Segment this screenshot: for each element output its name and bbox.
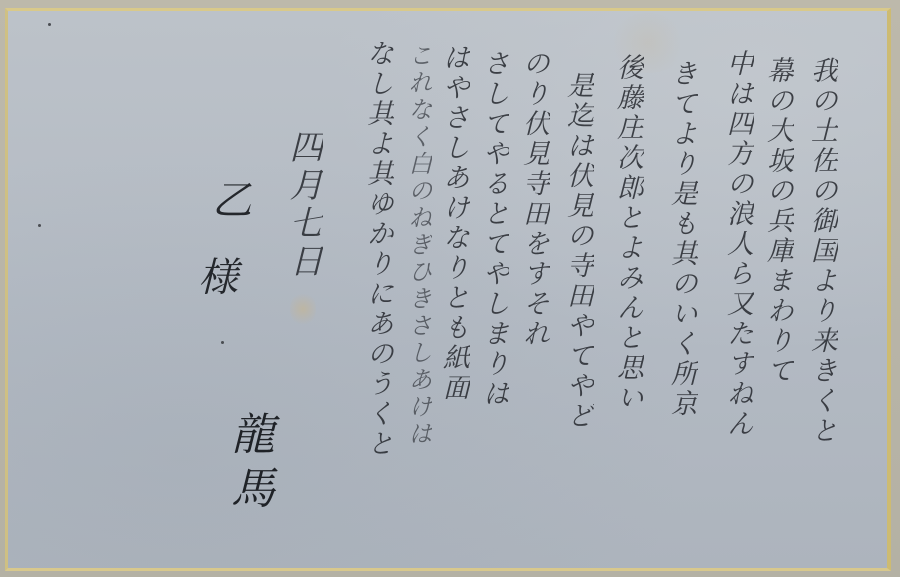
letter-column-5: 後藤庄次郎とよみんと思い xyxy=(614,53,641,413)
letter-column-1: 我の土佐の御国より来きくと xyxy=(808,56,835,446)
letter-column-6: 是迄は伏見の寺田やてやど xyxy=(564,71,591,431)
letter-column-11: なし其よ其ゆかりにあのうくと xyxy=(364,39,391,459)
addressee-name: 乙 xyxy=(212,169,252,226)
letter-column-9: はやさしあけなりとも紙面 xyxy=(440,43,467,403)
signature: 龍馬 xyxy=(216,411,280,519)
letter-column-8: さしてやるとてやしまりは xyxy=(480,49,507,409)
letter-column-4: きてより是も其のいく所京 xyxy=(668,59,695,419)
paper-stain xyxy=(290,291,316,327)
letter-paper: 我の土佐の御国より来きくと 幕の大坂の兵庫まわりて 中は四方の浪人ら又たすねん … xyxy=(5,8,891,571)
ink-speck xyxy=(221,341,224,344)
letter-column-2: 幕の大坂の兵庫まわりて xyxy=(764,56,791,386)
letter-column-10: これなく白のねぎひきさしあけは xyxy=(406,43,430,448)
letter-date: 四月七日 xyxy=(286,129,320,281)
letter-column-3: 中は四方の浪人ら又たすねん xyxy=(724,49,751,439)
ink-speck xyxy=(48,23,51,26)
letter-column-7: のり伏見寺田をすそれ xyxy=(520,49,547,349)
addressee-honorific: 様 xyxy=(198,246,238,303)
ink-speck xyxy=(38,224,41,227)
